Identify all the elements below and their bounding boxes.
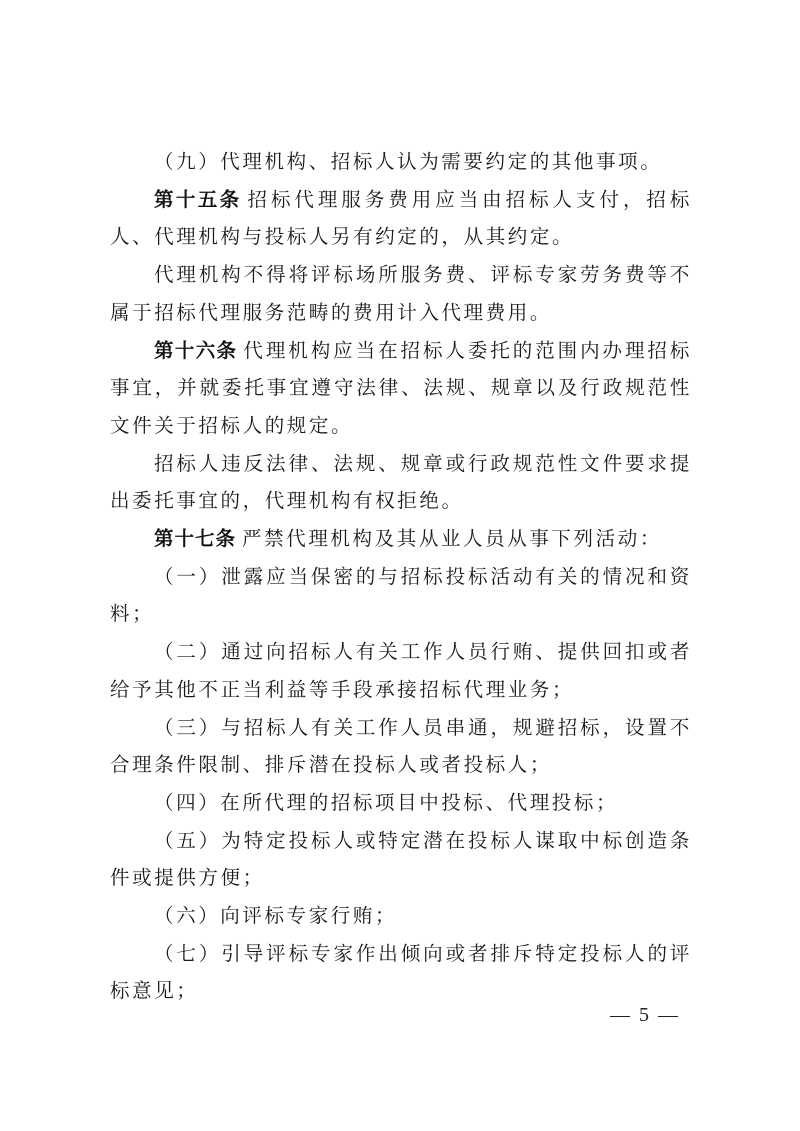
article-17-item-7: （七）引导评标专家作出倾向或者排斥特定投标人的评标意见； bbox=[110, 935, 692, 1010]
paragraph-text: （五）为特定投标人或特定潜在投标人谋取中标创造条件或提供方便； bbox=[110, 829, 692, 890]
article-16: 第十六条代理机构应当在招标人委托的范围内办理招标事宜，并就委托事宜遵守法律、法规… bbox=[110, 332, 692, 445]
article-17-item-1: （一）泄露应当保密的与招标投标活动有关的情况和资料； bbox=[110, 558, 692, 633]
article-number: 第十七条 bbox=[154, 527, 236, 550]
document-page-body: （九）代理机构、招标人认为需要约定的其他事项。 第十五条招标代理服务费用应当由招… bbox=[110, 143, 692, 1010]
paragraph-text: 代理机构不得将评标场所服务费、评标专家劳务费等不属于招标代理服务范畴的费用计入代… bbox=[110, 263, 692, 324]
paragraph-text: （一）泄露应当保密的与招标投标活动有关的情况和资料； bbox=[110, 565, 692, 626]
paragraph-item-9: （九）代理机构、招标人认为需要约定的其他事项。 bbox=[110, 143, 692, 181]
paragraph-text: （七）引导评标专家作出倾向或者排斥特定投标人的评标意见； bbox=[110, 942, 692, 1003]
article-15: 第十五条招标代理服务费用应当由招标人支付，招标人、代理机构与投标人另有约定的，从… bbox=[110, 181, 692, 256]
article-17-item-5: （五）为特定投标人或特定潜在投标人谋取中标创造条件或提供方便； bbox=[110, 822, 692, 897]
article-17-item-2: （二）通过向招标人有关工作人员行贿、提供回扣或者给予其他不正当利益等手段承接招标… bbox=[110, 633, 692, 708]
article-16-clause-2: 招标人违反法律、法规、规章或行政规范性文件要求提出委托事宜的，代理机构有权拒绝。 bbox=[110, 445, 692, 520]
article-17: 第十七条严禁代理机构及其从业人员从事下列活动： bbox=[110, 520, 692, 558]
paragraph-text: （三）与招标人有关工作人员串通，规避招标，设置不合理条件限制、排斥潜在投标人或者… bbox=[110, 716, 692, 777]
paragraph-text: 招标人违反法律、法规、规章或行政规范性文件要求提出委托事宜的，代理机构有权拒绝。 bbox=[110, 452, 692, 513]
paragraph-text: （二）通过向招标人有关工作人员行贿、提供回扣或者给予其他不正当利益等手段承接招标… bbox=[110, 640, 692, 701]
page-number: — 5 — bbox=[610, 1004, 680, 1027]
article-17-item-4: （四）在所代理的招标项目中投标、代理投标； bbox=[110, 784, 692, 822]
paragraph-text: （九）代理机构、招标人认为需要约定的其他事项。 bbox=[154, 150, 662, 173]
article-number: 第十五条 bbox=[154, 188, 241, 211]
article-17-item-3: （三）与招标人有关工作人员串通，规避招标，设置不合理条件限制、排斥潜在投标人或者… bbox=[110, 709, 692, 784]
article-17-item-6: （六）向评标专家行贿； bbox=[110, 897, 692, 935]
paragraph-text: 严禁代理机构及其从业人员从事下列活动： bbox=[242, 527, 662, 550]
paragraph-text: （四）在所代理的招标项目中投标、代理投标； bbox=[154, 791, 618, 814]
paragraph-text: （六）向评标专家行贿； bbox=[154, 904, 397, 927]
article-15-clause-2: 代理机构不得将评标场所服务费、评标专家劳务费等不属于招标代理服务范畴的费用计入代… bbox=[110, 256, 692, 331]
article-number: 第十六条 bbox=[154, 339, 237, 362]
